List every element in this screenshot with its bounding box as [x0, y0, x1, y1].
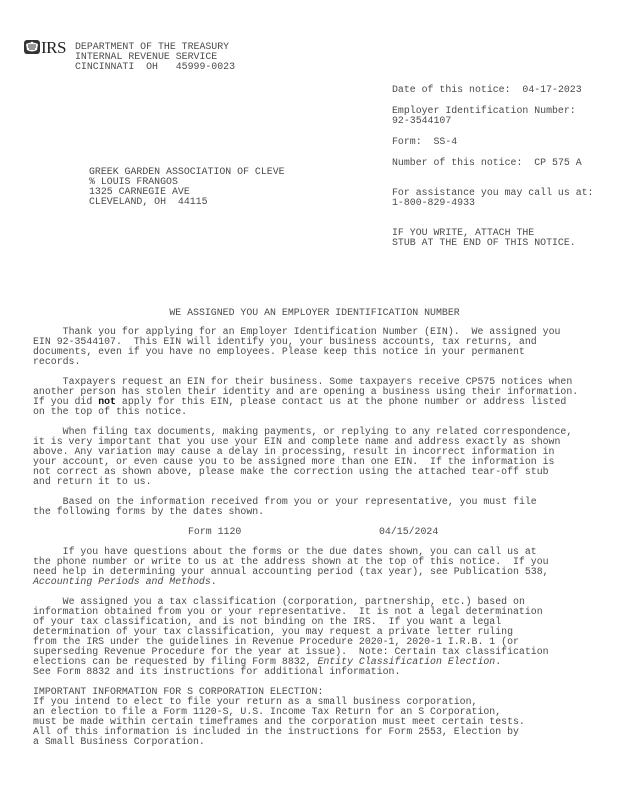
ein-value: 92-3544107	[392, 116, 629, 126]
publication-title: Accounting Periods and Methods	[33, 576, 211, 587]
paragraph-use-ein: When filing tax documents, making paymen…	[33, 427, 623, 487]
text-run: .	[211, 576, 217, 587]
form-due-row: Form 1120 04/15/2024	[33, 527, 623, 537]
irs-eagle-icon	[24, 40, 40, 54]
s-corp-section: IMPORTANT INFORMATION FOR S CORPORATION …	[33, 687, 623, 747]
agency-address: DEPARTMENT OF THE TREASURYINTERNAL REVEN…	[75, 42, 235, 72]
stub-note: IF YOU WRITE, ATTACH THESTUB AT THE END …	[392, 228, 629, 248]
letter-body: Thank you for applying for an Employer I…	[33, 327, 623, 757]
paragraph-ein-assigned: Thank you for applying for an Employer I…	[33, 327, 623, 367]
form-info: Form: SS-4	[392, 137, 629, 147]
irs-wordmark: IRS	[41, 39, 66, 56]
notice-date-value: 04-17-2023	[522, 84, 581, 95]
notice-info: Date of this notice: 04-17-2023 Employer…	[392, 85, 629, 259]
recipient-address: GREEK GARDEN ASSOCIATION OF CLEVE% LOUIS…	[89, 167, 285, 207]
notice-number: Number of this notice: CP 575 A	[392, 158, 629, 168]
form-label: Form:	[392, 136, 422, 147]
paragraph-forms-required: Based on the information received from y…	[33, 497, 623, 517]
irs-logo: IRS	[24, 38, 66, 56]
assistance-phone: 1-800-829-4933	[392, 198, 629, 208]
agency-line: CINCINNATI OH 45999-0023	[75, 62, 235, 72]
form-due-name: Form 1120	[188, 527, 241, 537]
paragraph-tax-classification: We assigned you a tax classification (co…	[33, 597, 623, 677]
form-value: SS-4	[434, 136, 458, 147]
notice-number-value: CP 575 A	[534, 157, 581, 168]
stub-note-line: STUB AT THE END OF THIS NOTICE.	[392, 238, 629, 248]
paragraph-questions: If you have questions about the forms or…	[33, 547, 623, 587]
ein-info: Employer Identification Number:92-354410…	[392, 106, 629, 126]
notice-number-label: Number of this notice:	[392, 157, 522, 168]
form-due-date: 04/15/2024	[379, 527, 438, 537]
notice-date-label: Date of this notice:	[392, 84, 511, 95]
notice-date: Date of this notice: 04-17-2023	[392, 85, 629, 95]
letter-heading: WE ASSIGNED YOU AN EMPLOYER IDENTIFICATI…	[0, 308, 629, 318]
recipient-line: CLEVELAND, OH 44115	[89, 197, 285, 207]
text-run: If you have questions about the forms or…	[33, 546, 549, 577]
s-corp-text: If you intend to elect to file your retu…	[33, 697, 623, 747]
assistance-info: For assistance you may call us at:1-800-…	[392, 188, 629, 208]
paragraph-identity-theft: Taxpayers request an EIN for their busin…	[33, 377, 623, 417]
